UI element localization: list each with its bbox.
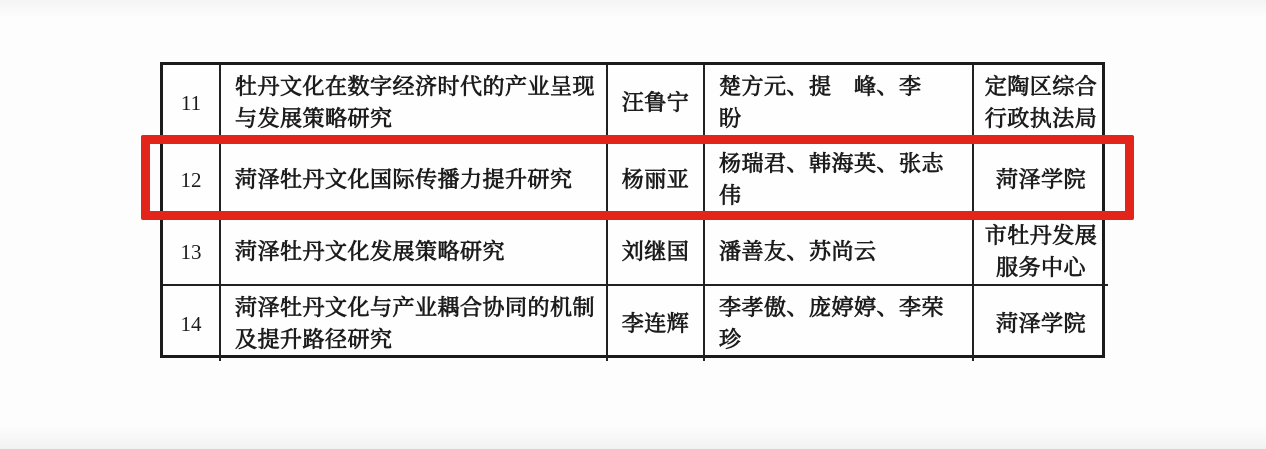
project-table: 11 牡丹文化在数字经济时代的产业呈现与发展策略研究 汪鲁宁 楚方元、提 峰、李… bbox=[160, 62, 1105, 358]
row-12-number-cell: 12 bbox=[163, 143, 221, 219]
row-12-members-cell: 杨瑞君、韩海英、张志伟 bbox=[705, 143, 974, 219]
row-13-title-cell: 菏泽牡丹文化发展策略研究 bbox=[221, 219, 608, 286]
row-11-org-cell: 定陶区综合 行政执法局 bbox=[974, 65, 1108, 143]
row-14-leader-cell: 李连辉 bbox=[608, 286, 705, 361]
row-13-org-cell: 市牡丹发展 服务中心 bbox=[974, 219, 1108, 286]
row-13-number-cell: 13 bbox=[163, 219, 221, 286]
row-14-number-cell: 14 bbox=[163, 286, 221, 361]
row-13-leader-cell: 刘继国 bbox=[608, 219, 705, 286]
row-14-org-cell: 菏泽学院 bbox=[974, 286, 1108, 361]
row-11-number-cell: 11 bbox=[163, 65, 221, 143]
row-12-leader-cell: 杨丽亚 bbox=[608, 143, 705, 219]
document-photo: 11 牡丹文化在数字经济时代的产业呈现与发展策略研究 汪鲁宁 楚方元、提 峰、李… bbox=[0, 0, 1266, 449]
row-13-members-cell: 潘善友、苏尚云 bbox=[705, 219, 974, 286]
row-11-members-cell: 楚方元、提 峰、李 盼 bbox=[705, 65, 974, 143]
row-12-org-cell: 菏泽学院 bbox=[974, 143, 1108, 219]
row-14-title-cell: 菏泽牡丹文化与产业耦合协同的机制及提升路径研究 bbox=[221, 286, 608, 361]
row-14-members-cell: 李孝傲、庞婷婷、李荣珍 bbox=[705, 286, 974, 361]
row-12-title-cell: 菏泽牡丹文化国际传播力提升研究 bbox=[221, 143, 608, 219]
row-11-leader-cell: 汪鲁宁 bbox=[608, 65, 705, 143]
row-11-title-cell: 牡丹文化在数字经济时代的产业呈现与发展策略研究 bbox=[221, 65, 608, 143]
